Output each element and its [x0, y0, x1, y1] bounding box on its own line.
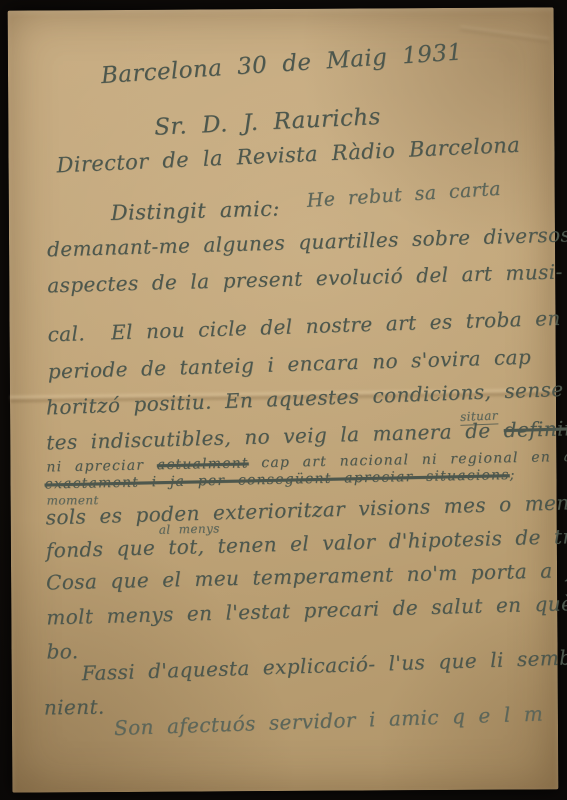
handwritten-text: He rebut sa carta — [306, 178, 501, 212]
handwritten-text: demanant-me algunes quartilles sobre div… — [47, 222, 567, 261]
handwritten-text: Distingit amic: — [111, 196, 281, 225]
handwritten-text: nient. — [44, 695, 105, 720]
handwritten-text: Sr. D. J. Raurichs — [154, 104, 382, 141]
salutation-continuation: He rebut sa carta — [306, 178, 501, 212]
handwritten-text: Director de la Revista Ràdio Barcelona — [56, 133, 521, 178]
body-line: periode de tanteig i encara no s'ovira c… — [47, 345, 531, 384]
handwritten-text: Son afectuós servidor i amic q e l m — [114, 701, 544, 740]
body-line: tes indiscutibles, no veig la manera de … — [46, 416, 567, 454]
handwritten-text: molt menys en l'estat precari de salut e… — [46, 589, 567, 630]
body-line: cal.El nou cicle del nostre art es troba… — [47, 305, 567, 347]
strikethrough-text: definir — [503, 416, 567, 442]
handwritten-text: Cosa que el meu temperament no'm porta a… — [46, 558, 567, 595]
letter-paper: Barcelona 30 de Maig 1931 Sr. D. J. Raur… — [8, 7, 559, 792]
handwritten-text: ni apreciar — [46, 457, 157, 475]
body-line: Fassi d'aquesta explicació- l'us que li … — [81, 642, 567, 685]
handwritten-text: El nou cicle del nostre art es troba en … — [111, 305, 567, 345]
handwritten-text: Barcelona 30 de Maig 1931 — [100, 39, 463, 89]
body-line: Cosa que el meu temperament no'm porta a… — [46, 558, 567, 595]
dateline: Barcelona 30 de Maig 1931 — [100, 39, 463, 89]
handwritten-text: periode de tanteig i encara no s'ovira c… — [47, 345, 531, 384]
letter-text-layer: Barcelona 30 de Maig 1931 Sr. D. J. Raur… — [8, 7, 559, 792]
paragraph-gap — [85, 339, 111, 340]
handwritten-text: aspectes de la present evolució del art … — [47, 259, 563, 297]
handwritten-text: sols es poden exterioritzar visions mes … — [45, 488, 567, 529]
photo-background: Barcelona 30 de Maig 1931 Sr. D. J. Raur… — [0, 0, 567, 800]
handwritten-text: tes indiscutibles, no veig la manera de — [46, 418, 504, 454]
recipient-title-line: Director de la Revista Ràdio Barcelona — [56, 133, 521, 178]
handwritten-text: fonds que tot, — [46, 534, 205, 562]
body-line: bo. — [46, 639, 78, 663]
body-line: fonds que tot, tenen el valor d'hipotesi… — [46, 523, 567, 563]
handwritten-text: cal. — [47, 321, 85, 346]
handwritten-text: cap art nacional ni regional en aquest — [249, 448, 567, 471]
salutation-line: Distingit amic: — [111, 196, 281, 225]
closing-line: Son afectuós servidor i amic q e l m — [114, 701, 544, 740]
body-line: demanant-me algunes quartilles sobre div… — [47, 222, 567, 261]
handwritten-text: bo. — [46, 639, 78, 663]
body-line: nient. — [44, 695, 105, 720]
body-line: aspectes de la present evolució del art … — [47, 259, 563, 297]
handwritten-text: Fassi d'aquesta explicació- l'us que li … — [81, 642, 567, 685]
handwritten-text: ; — [510, 467, 516, 483]
body-line: sols es poden exterioritzar visions mes … — [45, 488, 567, 529]
recipient-line: Sr. D. J. Raurichs — [154, 104, 382, 141]
body-line: molt menys en l'estat precari de salut e… — [46, 589, 567, 630]
handwritten-text: tenen el valor d'hipotesis de treball. — [204, 523, 567, 559]
strikethrough-text: actualment — [157, 455, 249, 473]
